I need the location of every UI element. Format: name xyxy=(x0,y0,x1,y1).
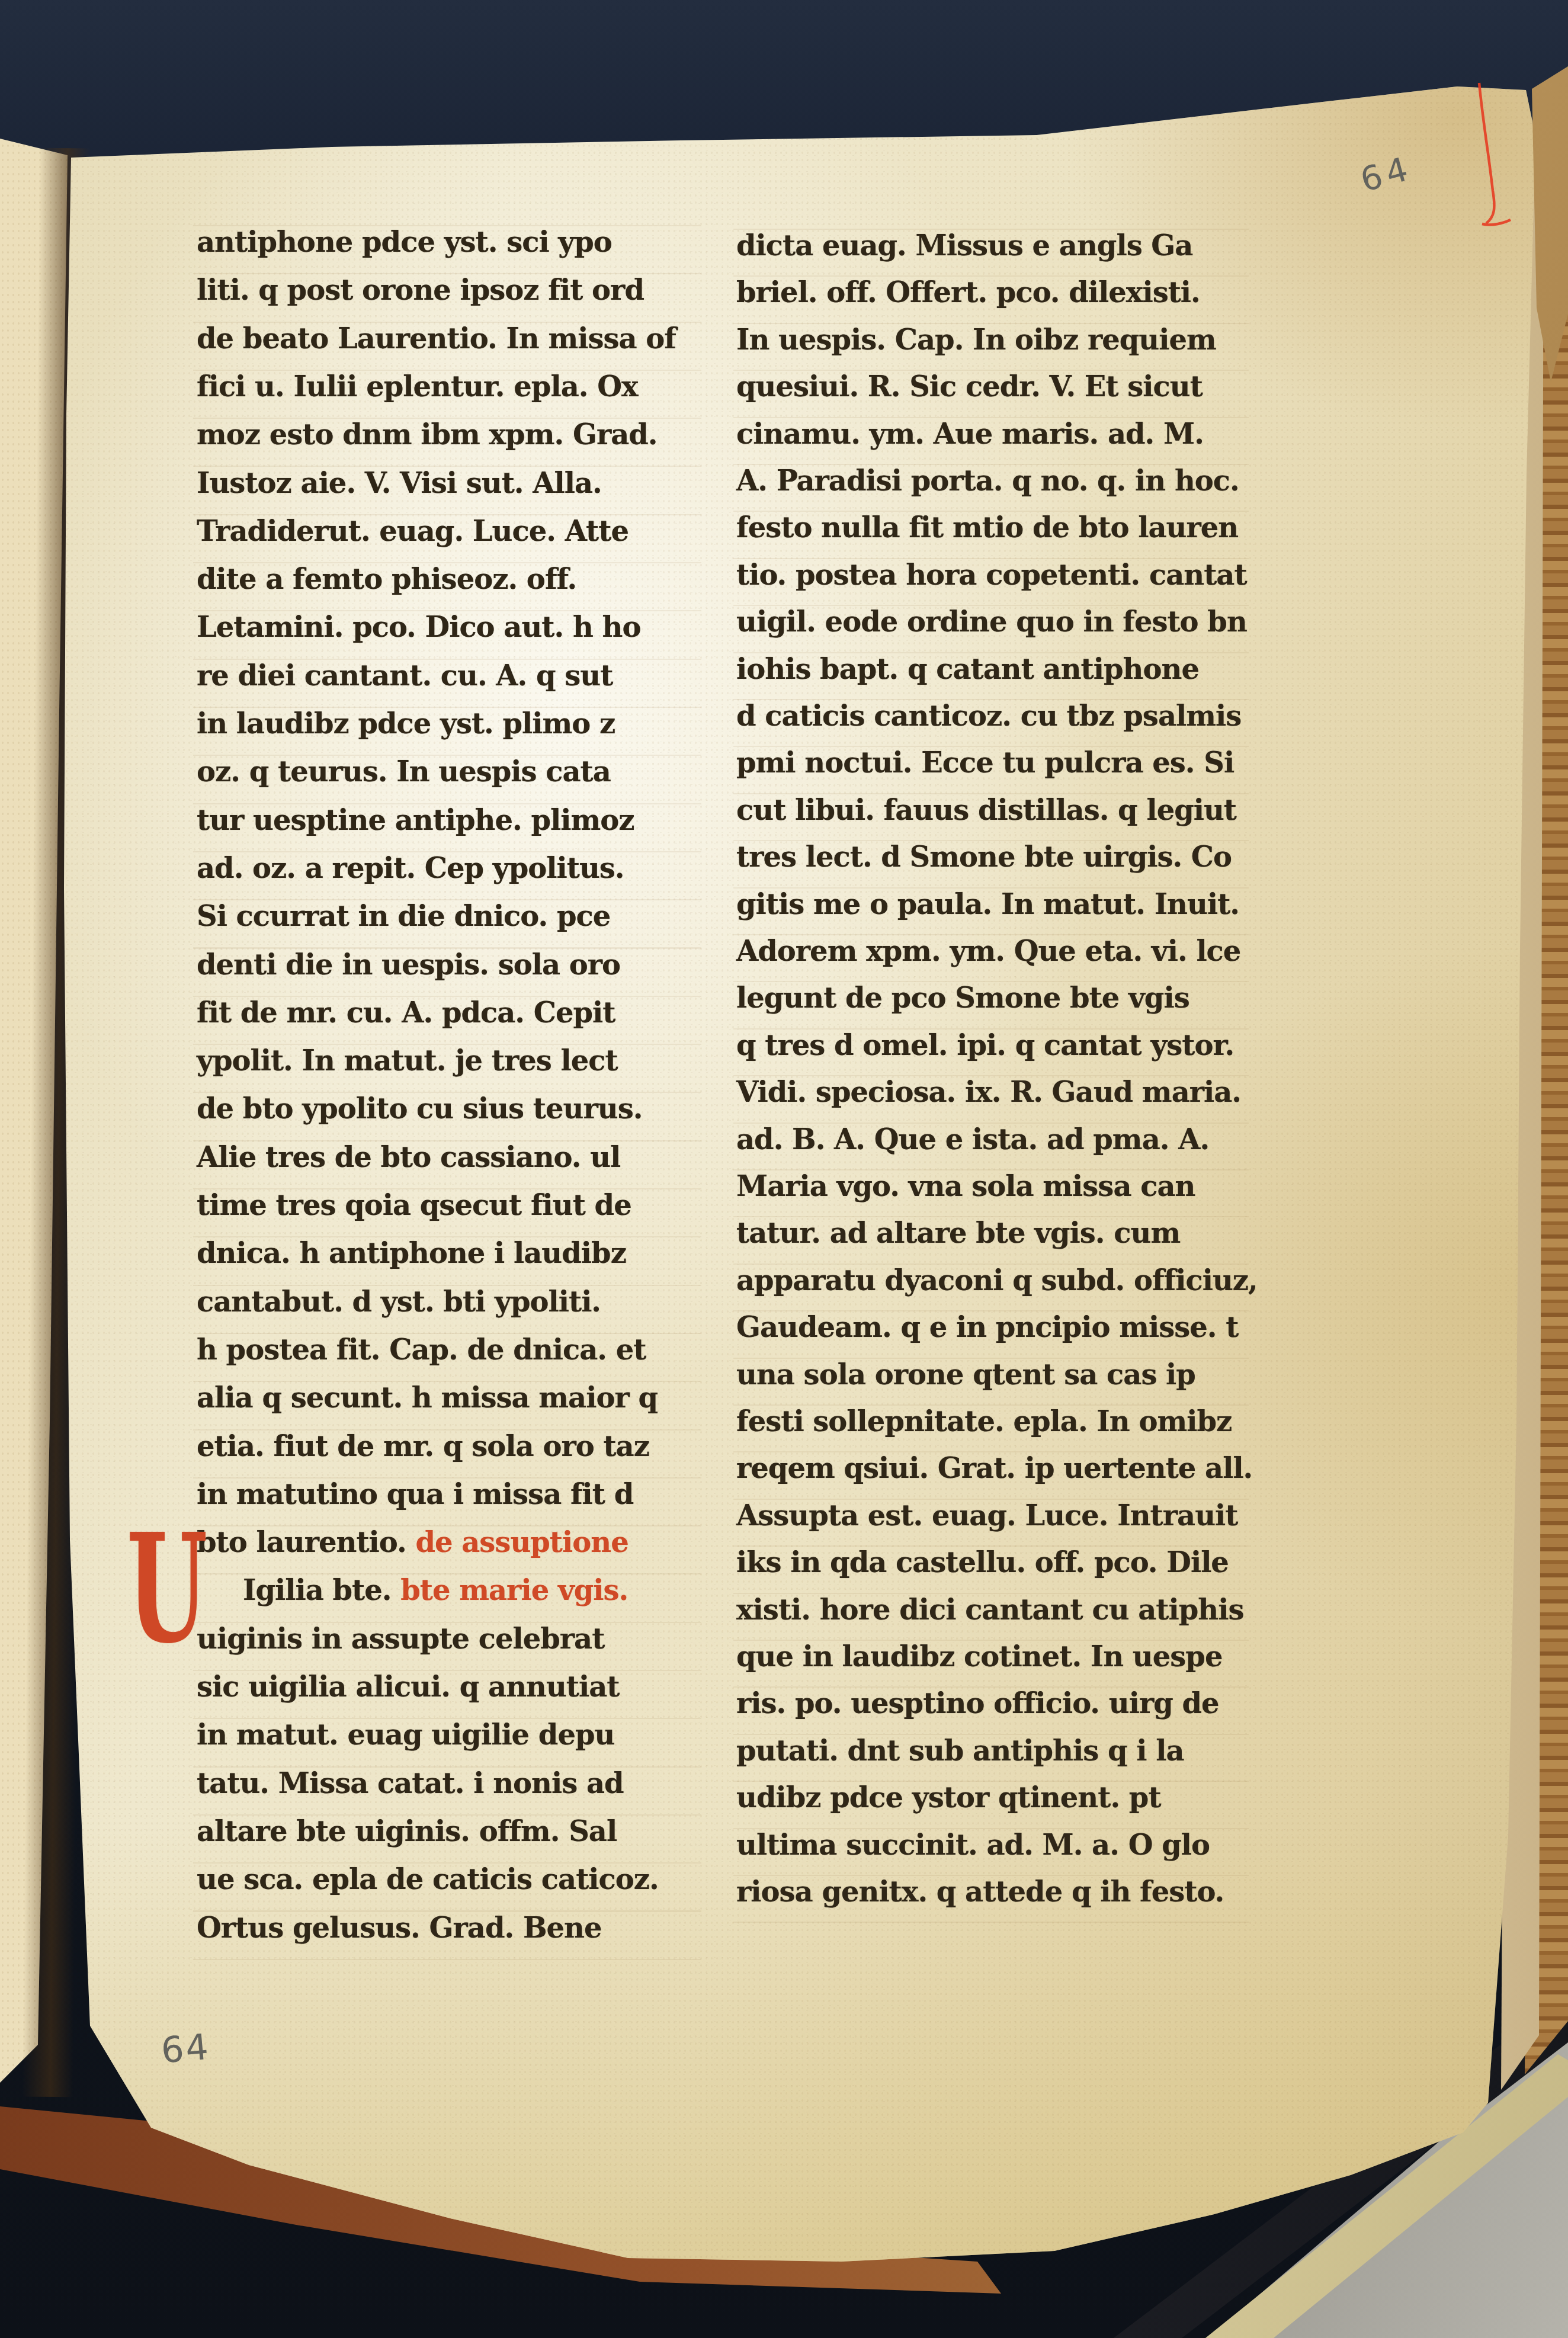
line-segment: moz esto dnm ibm xpm. Grad. xyxy=(197,418,658,451)
text-line: briel. off. Offert. pco. dilexisti. xyxy=(736,278,1200,307)
line-segment: ypolit. In matut. je tres lect xyxy=(197,1044,618,1077)
text-line: xisti. hore dici cantant cu atiphis xyxy=(736,1596,1243,1624)
line-segment: q tres d omel. ipi. q cantat ystor. xyxy=(736,1029,1234,1062)
text-line: de beato Laurentio. In missa of xyxy=(197,325,676,353)
folio-number-bottom: 64 xyxy=(159,2026,211,2072)
text-line: in matutino qua i missa fit d xyxy=(197,1480,633,1509)
line-segment: ad. B. A. Que e ista. ad pma. A. xyxy=(736,1123,1209,1156)
text-line: moz esto dnm ibm xpm. Grad. xyxy=(197,421,658,449)
line-segment: Tradiderut. euag. Luce. Atte xyxy=(197,515,629,548)
line-segment: reqem qsiui. Grat. ip uertente all. xyxy=(736,1452,1252,1485)
text-line: sic uigilia alicui. q annutiat xyxy=(197,1673,620,1701)
line-segment: Alie tres de bto cassiano. ul xyxy=(197,1141,620,1174)
line-segment: denti die in uespis. sola oro xyxy=(197,948,620,982)
text-line: riosa genitx. q attede q ih festo. xyxy=(736,1878,1224,1906)
line-segment: festi sollepnitate. epla. In omibz xyxy=(736,1405,1232,1438)
line-segment: iohis bapt. q catant antiphone xyxy=(736,653,1199,686)
line-segment: fit de mr. cu. A. pdca. Cepit xyxy=(197,996,615,1030)
text-line: d caticis canticoz. cu tbz psalmis xyxy=(736,702,1241,730)
line-segment: quesiui. R. Sic cedr. V. Et sicut xyxy=(736,370,1203,403)
line-segment: Ortus gelusus. Grad. Bene xyxy=(197,1912,601,1945)
text-line: Maria vgo. vna sola missa can xyxy=(736,1172,1195,1201)
text-line: Ortus gelusus. Grad. Bene xyxy=(197,1914,601,1942)
text-line: Gaudeam. q e in pncipio misse. t xyxy=(736,1313,1238,1342)
rubric-segment: de assuptione xyxy=(415,1526,628,1559)
text-line: una sola orone qtent sa cas ip xyxy=(736,1361,1195,1389)
text-line: Si ccurrat in die dnico. pce xyxy=(197,902,610,931)
text-line: In uespis. Cap. In oibz requiem xyxy=(736,326,1216,354)
text-line: bto laurentio. de assuptione xyxy=(197,1528,629,1557)
text-line: fici u. Iulii eplentur. epla. Ox xyxy=(197,373,638,401)
line-segment: putati. dnt sub antiphis q i la xyxy=(736,1734,1184,1768)
text-line: re diei cantant. cu. A. q sut xyxy=(197,662,613,690)
text-line: festo nulla fit mtio de bto lauren xyxy=(736,514,1238,542)
text-line: dnica. h antiphone i laudibz xyxy=(197,1239,626,1268)
line-segment: oz. q teurus. In uespis cata xyxy=(197,755,611,788)
line-segment: cinamu. ym. Aue maris. ad. M. xyxy=(736,418,1204,451)
line-segment: una sola orone qtent sa cas ip xyxy=(736,1358,1195,1391)
line-segment: que in laudibz cotinet. In uespe xyxy=(736,1640,1222,1673)
line-segment: In uespis. Cap. In oibz requiem xyxy=(736,323,1216,357)
text-line: ris. po. uesptino officio. uirg de xyxy=(736,1689,1219,1718)
line-segment: cantabut. d yst. bti ypoliti. xyxy=(197,1285,601,1319)
text-line: cinamu. ym. Aue maris. ad. M. xyxy=(736,420,1204,448)
line-segment: Vidi. speciosa. ix. R. Gaud maria. xyxy=(736,1076,1241,1109)
text-line: udibz pdce ystor qtinent. pt xyxy=(736,1784,1161,1812)
line-segment: Assupta est. euag. Luce. Intrauit xyxy=(736,1499,1237,1532)
line-segment: alia q secunt. h missa maior q xyxy=(197,1381,658,1415)
line-segment: d caticis canticoz. cu tbz psalmis xyxy=(736,700,1241,733)
line-segment: apparatu dyaconi q subd. officiuz, xyxy=(736,1264,1258,1297)
text-line: ad. B. A. Que e ista. ad pma. A. xyxy=(736,1125,1209,1154)
line-segment: pmi noctui. Ecce tu pulcra es. Si xyxy=(736,746,1234,780)
drop-cap-initial: U xyxy=(127,1514,207,1663)
line-segment: in laudibz pdce yst. plimo z xyxy=(197,707,615,740)
text-column-left: antiphone pdce yst. sci ypoliti. q post … xyxy=(197,228,705,1964)
text-line: cut libui. fauus distillas. q legiut xyxy=(736,796,1236,825)
text-line: festi sollepnitate. epla. In omibz xyxy=(736,1407,1232,1436)
line-segment: iks in qda castellu. off. pco. Dile xyxy=(736,1546,1229,1579)
line-segment: udibz pdce ystor qtinent. pt xyxy=(736,1781,1161,1814)
line-segment: tio. postea hora copetenti. cantat xyxy=(736,559,1247,592)
line-segment: ue sca. epla de caticis caticoz. xyxy=(197,1863,659,1896)
text-line: uigil. eode ordine quo in festo bn xyxy=(736,608,1247,636)
text-line: ultima succinit. ad. M. a. O glo xyxy=(736,1831,1210,1859)
line-segment: dicta euag. Missus e angls Ga xyxy=(736,229,1192,262)
line-segment: Maria vgo. vna sola missa can xyxy=(736,1170,1195,1203)
text-line: pmi noctui. Ecce tu pulcra es. Si xyxy=(736,749,1234,777)
line-segment: Iustoz aie. V. Visi sut. Alla. xyxy=(197,467,602,500)
text-line: altare bte uiginis. offm. Sal xyxy=(197,1817,617,1846)
text-line: Tradiderut. euag. Luce. Atte xyxy=(197,517,629,546)
text-line: dicta euag. Missus e angls Ga xyxy=(736,232,1192,260)
text-line: iks in qda castellu. off. pco. Dile xyxy=(736,1548,1229,1577)
text-line: fit de mr. cu. A. pdca. Cepit xyxy=(197,999,615,1027)
line-segment: ris. po. uesptino officio. uirg de xyxy=(736,1687,1219,1720)
text-line: uiginis in assupte celebrat xyxy=(197,1625,604,1653)
text-line: etia. fiut de mr. q sola oro taz xyxy=(197,1432,649,1461)
line-segment: Adorem xpm. ym. Que eta. vi. lce xyxy=(736,935,1240,968)
text-line: ad. oz. a repit. Cep ypolitus. xyxy=(197,854,624,883)
line-segment: Igilia bte. xyxy=(243,1574,400,1607)
text-line: iohis bapt. q catant antiphone xyxy=(736,655,1199,684)
text-line: Iustoz aie. V. Visi sut. Alla. xyxy=(197,469,602,498)
text-line: que in laudibz cotinet. In uespe xyxy=(736,1643,1222,1671)
line-segment: antiphone pdce yst. sci ypo xyxy=(197,226,612,259)
text-line: Assupta est. euag. Luce. Intrauit xyxy=(736,1502,1237,1530)
text-line: q tres d omel. ipi. q cantat ystor. xyxy=(736,1031,1234,1060)
text-line: tatur. ad altare bte vgis. cum xyxy=(736,1219,1180,1247)
text-line: h postea fit. Cap. de dnica. et xyxy=(197,1336,646,1364)
text-line: ypolit. In matut. je tres lect xyxy=(197,1047,618,1075)
text-line: tio. postea hora copetenti. cantat xyxy=(736,561,1247,589)
text-line: tres lect. d Smone bte uirgis. Co xyxy=(736,843,1232,871)
text-line: time tres qoia qsecut fiut de xyxy=(197,1191,631,1220)
line-segment: time tres qoia qsecut fiut de xyxy=(197,1189,631,1222)
text-line: de bto ypolito cu sius teurus. xyxy=(197,1095,642,1123)
text-line: dite a femto phiseoz. off. xyxy=(197,565,576,594)
text-line: cantabut. d yst. bti ypoliti. xyxy=(197,1288,601,1316)
line-segment: riosa genitx. q attede q ih festo. xyxy=(736,1875,1224,1909)
line-segment: legunt de pco Smone bte vgis xyxy=(736,982,1189,1015)
text-line: gitis me o paula. In matut. Inuit. xyxy=(736,890,1239,919)
line-segment: Si ccurrat in die dnico. pce xyxy=(197,900,610,933)
text-column-right: dicta euag. Missus e angls Gabriel. off.… xyxy=(736,232,1252,1927)
text-line: Letamini. pco. Dico aut. h ho xyxy=(197,613,640,642)
text-line: Vidi. speciosa. ix. R. Gaud maria. xyxy=(736,1078,1241,1107)
text-line: alia q secunt. h missa maior q xyxy=(197,1384,658,1412)
rubric-segment: bte marie vgis. xyxy=(400,1574,628,1607)
text-line: Alie tres de bto cassiano. ul xyxy=(197,1143,620,1172)
text-line: reqem qsiui. Grat. ip uertente all. xyxy=(736,1454,1252,1483)
text-line: ue sca. epla de caticis caticoz. xyxy=(197,1865,659,1894)
text-line: in laudibz pdce yst. plimo z xyxy=(197,710,615,738)
text-line: legunt de pco Smone bte vgis xyxy=(736,984,1189,1012)
line-segment: etia. fiut de mr. q sola oro taz xyxy=(197,1430,649,1463)
line-segment: tatur. ad altare bte vgis. cum xyxy=(736,1217,1180,1250)
line-segment: A. Paradisi porta. q no. q. in hoc. xyxy=(736,464,1239,498)
line-segment: ad. oz. a repit. Cep ypolitus. xyxy=(197,852,624,885)
line-segment: sic uigilia alicui. q annutiat xyxy=(197,1670,620,1704)
line-segment: altare bte uiginis. offm. Sal xyxy=(197,1815,617,1848)
line-segment: liti. q post orone ipsoz fit ord xyxy=(197,274,644,307)
text-line: in matut. euag uigilie depu xyxy=(197,1721,614,1749)
line-segment: xisti. hore dici cantant cu atiphis xyxy=(736,1593,1243,1627)
line-segment: gitis me o paula. In matut. Inuit. xyxy=(736,888,1239,921)
line-segment: fici u. Iulii eplentur. epla. Ox xyxy=(197,370,638,403)
text-line: tur uesptine antiphe. plimoz xyxy=(197,806,634,835)
line-segment: Letamini. pco. Dico aut. h ho xyxy=(197,611,640,644)
text-line: quesiui. R. Sic cedr. V. Et sicut xyxy=(736,373,1203,401)
line-segment: tres lect. d Smone bte uirgis. Co xyxy=(736,841,1232,874)
text-line: A. Paradisi porta. q no. q. in hoc. xyxy=(736,467,1239,495)
line-segment: briel. off. Offert. pco. dilexisti. xyxy=(736,276,1200,309)
line-segment: uigil. eode ordine quo in festo bn xyxy=(736,605,1247,639)
line-segment: dite a femto phiseoz. off. xyxy=(197,563,576,596)
line-segment: festo nulla fit mtio de bto lauren xyxy=(736,511,1238,544)
text-line: denti die in uespis. sola oro xyxy=(197,951,620,979)
text-line: tatu. Missa catat. i nonis ad xyxy=(197,1769,624,1798)
line-segment: de beato Laurentio. In missa of xyxy=(197,322,676,355)
line-segment: ultima succinit. ad. M. a. O glo xyxy=(736,1829,1210,1862)
line-segment: tur uesptine antiphe. plimoz xyxy=(197,804,634,837)
text-line: Adorem xpm. ym. Que eta. vi. lce xyxy=(736,937,1240,966)
manuscript-photo: antiphone pdce yst. sci ypoliti. q post … xyxy=(0,0,1568,2338)
text-line: oz. q teurus. In uespis cata xyxy=(197,758,611,786)
line-segment: bto laurentio. xyxy=(197,1526,415,1559)
line-segment: re diei cantant. cu. A. q sut xyxy=(197,659,613,692)
text-line: apparatu dyaconi q subd. officiuz, xyxy=(736,1266,1258,1295)
line-segment: in matut. euag uigilie depu xyxy=(197,1718,614,1752)
line-segment: Gaudeam. q e in pncipio misse. t xyxy=(736,1311,1238,1344)
line-segment: tatu. Missa catat. i nonis ad xyxy=(197,1767,624,1800)
text-line: liti. q post orone ipsoz fit ord xyxy=(197,276,644,304)
text-line: putati. dnt sub antiphis q i la xyxy=(736,1737,1184,1765)
line-segment: dnica. h antiphone i laudibz xyxy=(197,1237,626,1270)
text-line: Igilia bte. bte marie vgis. xyxy=(243,1576,628,1605)
line-segment: h postea fit. Cap. de dnica. et xyxy=(197,1333,646,1367)
line-segment: cut libui. fauus distillas. q legiut xyxy=(736,794,1236,827)
line-segment: uiginis in assupte celebrat xyxy=(197,1622,604,1656)
line-segment: de bto ypolito cu sius teurus. xyxy=(197,1092,642,1125)
text-line: antiphone pdce yst. sci ypo xyxy=(197,228,612,256)
line-segment: in matutino qua i missa fit d xyxy=(197,1478,633,1511)
